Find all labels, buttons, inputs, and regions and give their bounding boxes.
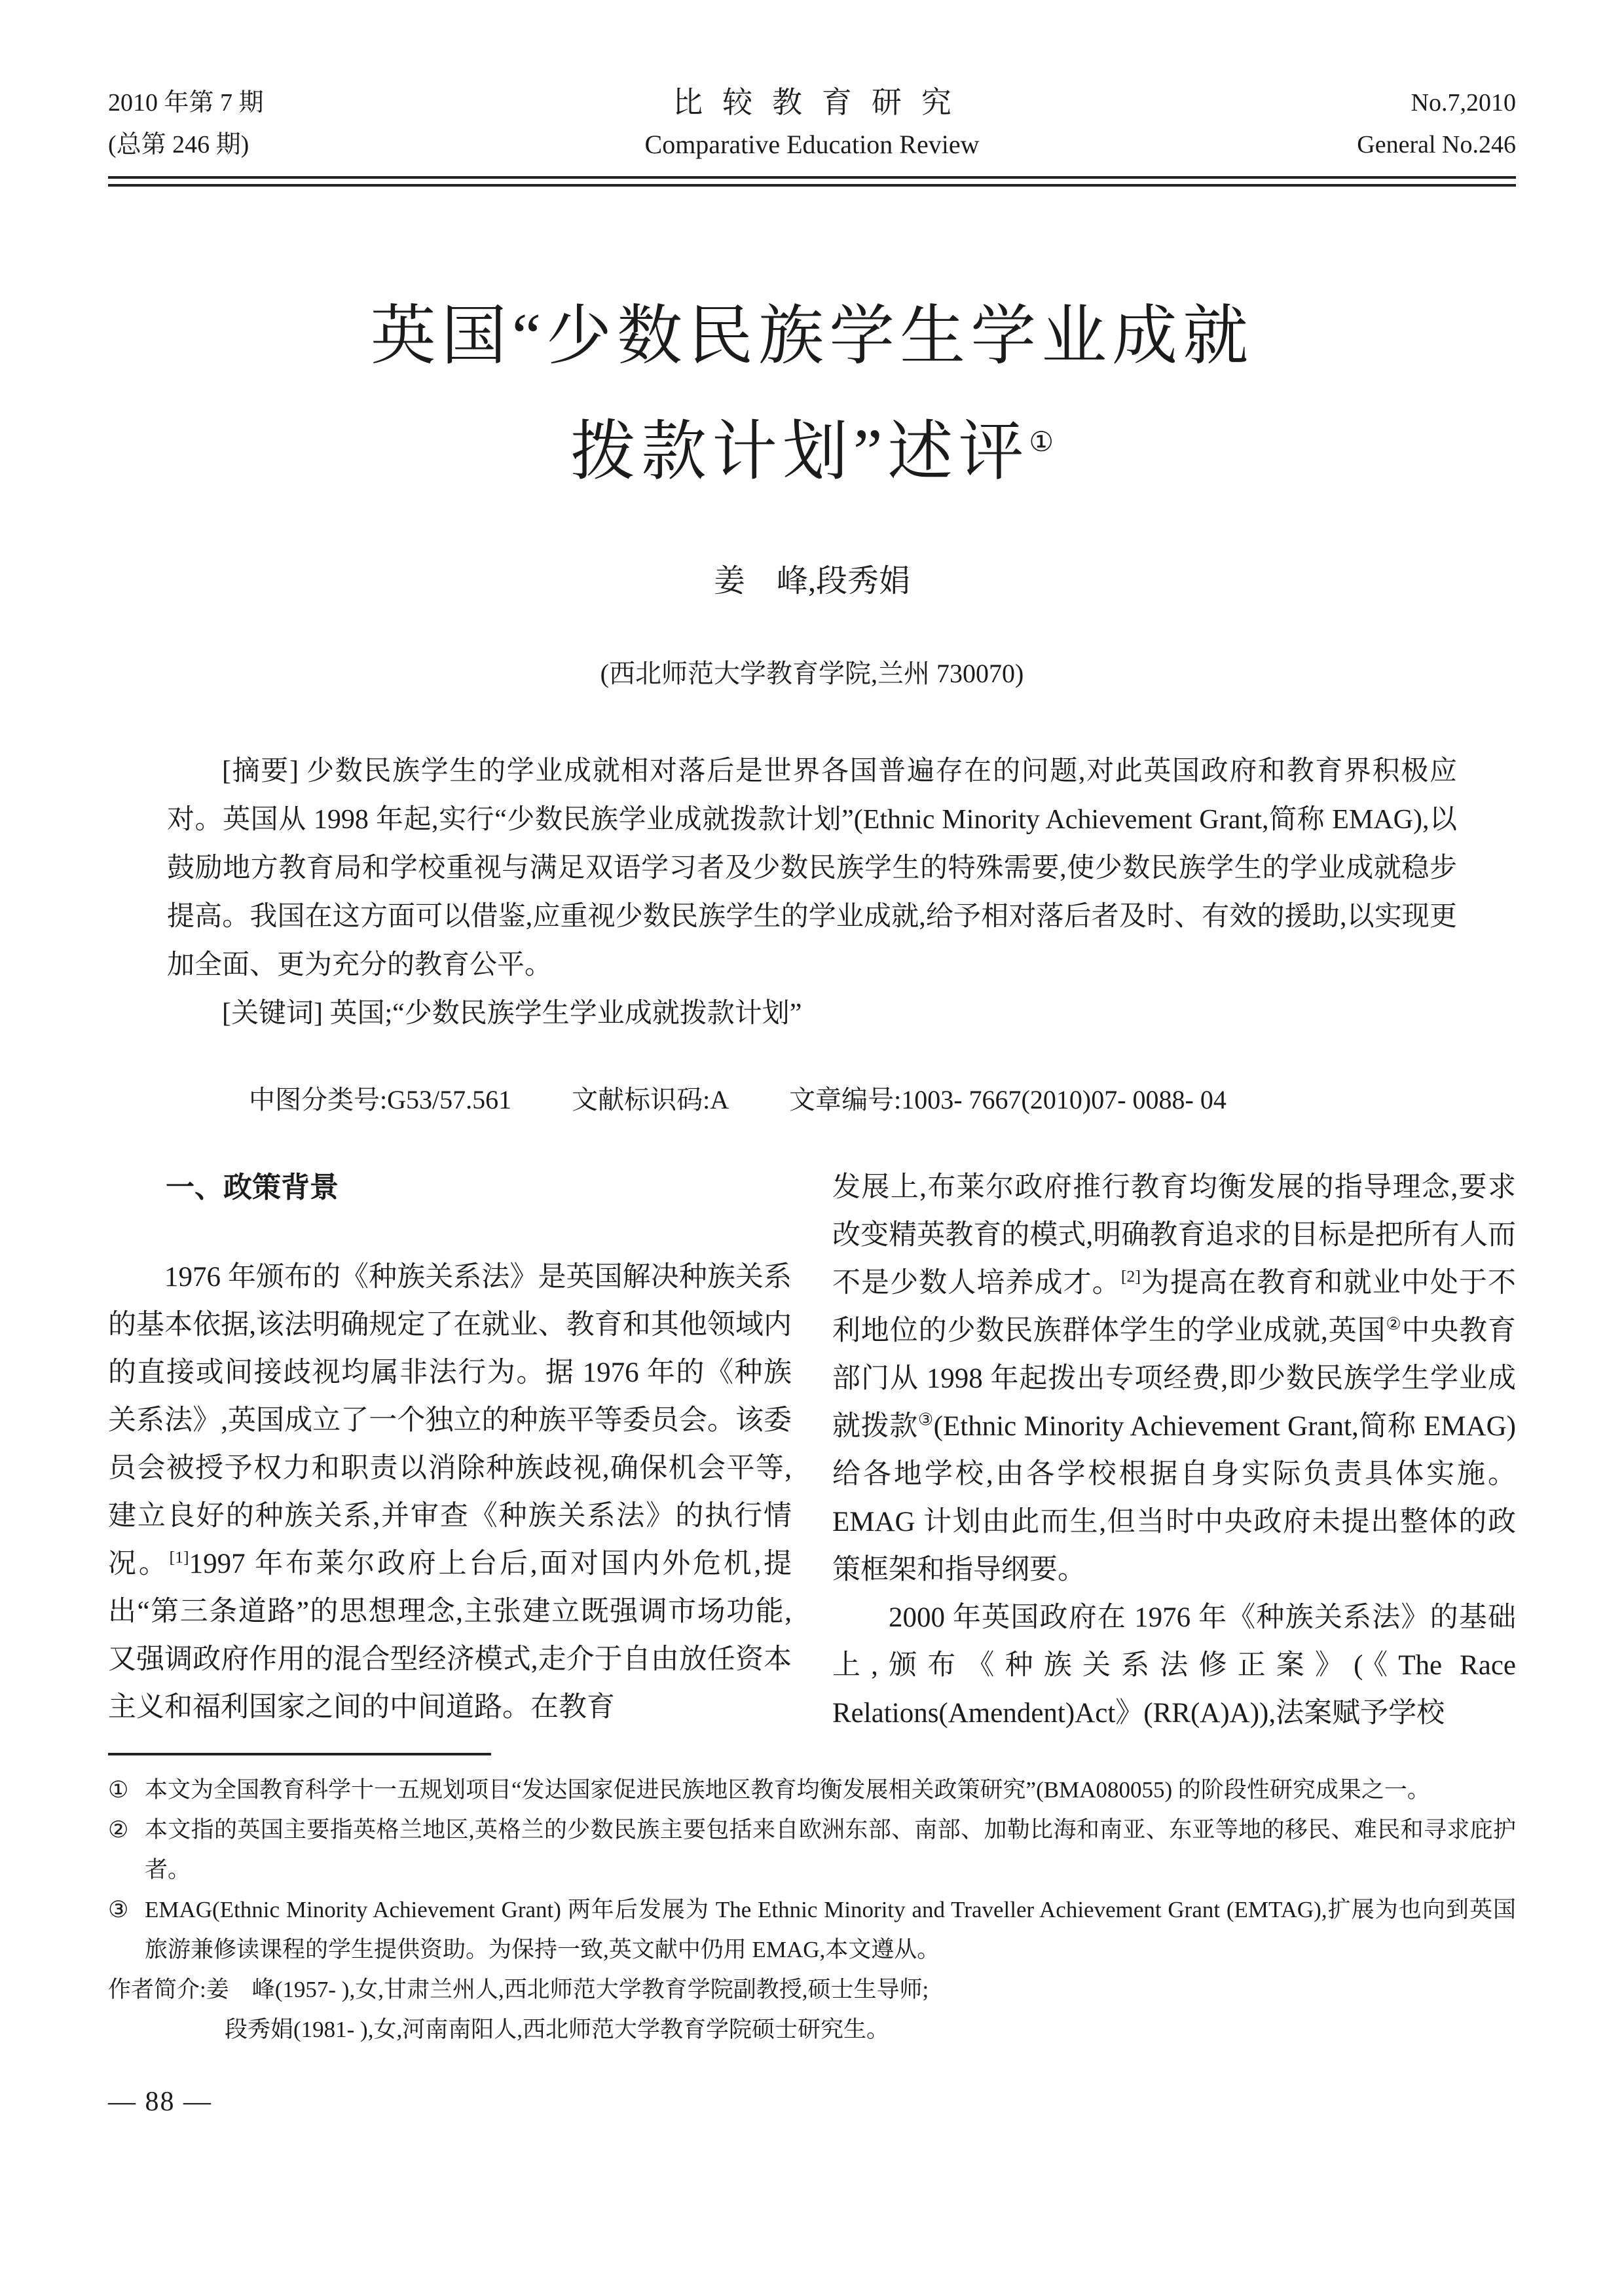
document-code: 文献标识码:A <box>572 1076 729 1124</box>
body-text: 1976 年颁布的《种族关系法》是英国解决种族关系的基本依据,该法明确规定了在就… <box>108 1262 792 1579</box>
general-number-zh: (总第 246 期) <box>108 124 390 166</box>
article-meta: 中图分类号:G53/57.561 文献标识码:A 文章编号:1003- 7667… <box>249 1076 1516 1124</box>
citation-ref-2: [2] <box>1121 1267 1141 1286</box>
issue-info-en: No.7,2010 General No.246 <box>1234 82 1516 166</box>
footnote-2-marker: ② <box>108 1810 128 1850</box>
body-paragraph-2: 2000 年英国政府在 1976 年《种族关系法》的基础上,颁布《种族关系法修正… <box>832 1594 1516 1737</box>
body-text: 1997 年布莱尔政府上台后,面对国内外危机,提出“第三条道路”的思想理念,主张… <box>108 1549 792 1723</box>
author-bio-line2: 段秀娟(1981- ),女,河南南阳人,西北师范大学教育学院硕士研究生。 <box>108 2010 1516 2049</box>
footnote-2-text: 本文指的英国主要指英格兰地区,英格兰的少数民族主要包括来自欧洲东部、南部、加勒比… <box>145 1817 1516 1882</box>
footnote-ref-3: ③ <box>918 1410 934 1429</box>
article-title-line2: 拨款计划”述评 <box>570 415 1029 488</box>
body-columns: 一、政策背景 1976 年颁布的《种族关系法》是英国解决种族关系的基本依据,该法… <box>108 1164 1516 1737</box>
issue-number-zh: 2010 年第 7 期 <box>108 82 390 124</box>
journal-name: 比较教育研究 Comparative Education Review <box>390 82 1234 166</box>
general-number-en: General No.246 <box>1234 124 1516 166</box>
footnote-ref-2: ② <box>1386 1315 1401 1334</box>
body-text: (Ethnic Minority Achievement Grant,简称 EM… <box>832 1411 1516 1585</box>
abstract-text: [摘要] 少数民族学生的学业成就相对落后是世界各国普遍存在的问题,对此英国政府和… <box>167 747 1457 989</box>
affiliation: (西北师范大学教育学院,兰州 730070) <box>108 659 1516 688</box>
section-heading-1: 一、政策背景 <box>108 1164 792 1211</box>
footnote-1-text: 本文为全国教育科学十一五规划项目“发达国家促进民族地区教育均衡发展相关政策研究”… <box>145 1777 1430 1803</box>
journal-name-en: Comparative Education Review <box>390 124 1234 166</box>
clc-number: 中图分类号:G53/57.561 <box>249 1076 511 1124</box>
journal-page: 2010 年第 7 期 (总第 246 期) 比较教育研究 Comparativ… <box>0 0 1624 2295</box>
header-divider <box>108 176 1516 187</box>
body-paragraph-1-continued: 发展上,布莱尔政府推行教育均衡发展的指导理念,要求改变精英教育的模式,明确教育追… <box>832 1164 1516 1594</box>
left-column: 一、政策背景 1976 年颁布的《种族关系法》是英国解决种族关系的基本依据,该法… <box>108 1164 792 1737</box>
authors: 姜 峰,段秀娟 <box>108 565 1516 598</box>
journal-name-zh: 比较教育研究 <box>390 82 1254 124</box>
footnote-3-marker: ③ <box>108 1890 128 1930</box>
abstract-section: [摘要] 少数民族学生的学业成就相对落后是世界各国普遍存在的问题,对此英国政府和… <box>167 747 1457 1038</box>
author-bio-line1: 作者简介:姜 峰(1957- ),女,甘肃兰州人,西北师范大学教育学院副教授,硕… <box>108 1970 1516 2010</box>
footnote-3-text: EMAG(Ethnic Minority Achievement Grant) … <box>145 1897 1516 1962</box>
footnote-1-marker: ① <box>108 1770 128 1810</box>
issue-info: 2010 年第 7 期 (总第 246 期) <box>108 82 390 166</box>
citation-ref-1: [1] <box>170 1548 189 1567</box>
page-number: — 88 — <box>108 2086 1516 2118</box>
issue-number-en: No.7,2010 <box>1234 82 1516 124</box>
footnote-3: ③EMAG(Ethnic Minority Achievement Grant)… <box>108 1890 1516 1970</box>
title-footnote-marker: ① <box>1029 428 1054 458</box>
journal-masthead: 2010 年第 7 期 (总第 246 期) 比较教育研究 Comparativ… <box>108 82 1516 166</box>
body-paragraph-1: 1976 年颁布的《种族关系法》是英国解决种族关系的基本依据,该法明确规定了在就… <box>108 1253 792 1731</box>
article-title-line1: 英国“少数民族学生学业成就 <box>371 300 1253 373</box>
right-column: 发展上,布莱尔政府推行教育均衡发展的指导理念,要求改变精英教育的模式,明确教育追… <box>832 1164 1516 1737</box>
keywords-line: [关键词] 英国;“少数民族学生学业成就拨款计划” <box>167 989 1457 1038</box>
footnotes-section: ①本文为全国教育科学十一五规划项目“发达国家促进民族地区教育均衡发展相关政策研究… <box>108 1770 1516 2049</box>
article-title: 英国“少数民族学生学业成就拨款计划”述评① <box>108 284 1516 505</box>
footnote-1: ①本文为全国教育科学十一五规划项目“发达国家促进民族地区教育均衡发展相关政策研究… <box>108 1770 1516 1810</box>
article-id: 文章编号:1003- 7667(2010)07- 0088- 04 <box>789 1076 1227 1124</box>
footnote-divider <box>108 1753 491 1755</box>
footnote-2: ②本文指的英国主要指英格兰地区,英格兰的少数民族主要包括来自欧洲东部、南部、加勒… <box>108 1810 1516 1890</box>
